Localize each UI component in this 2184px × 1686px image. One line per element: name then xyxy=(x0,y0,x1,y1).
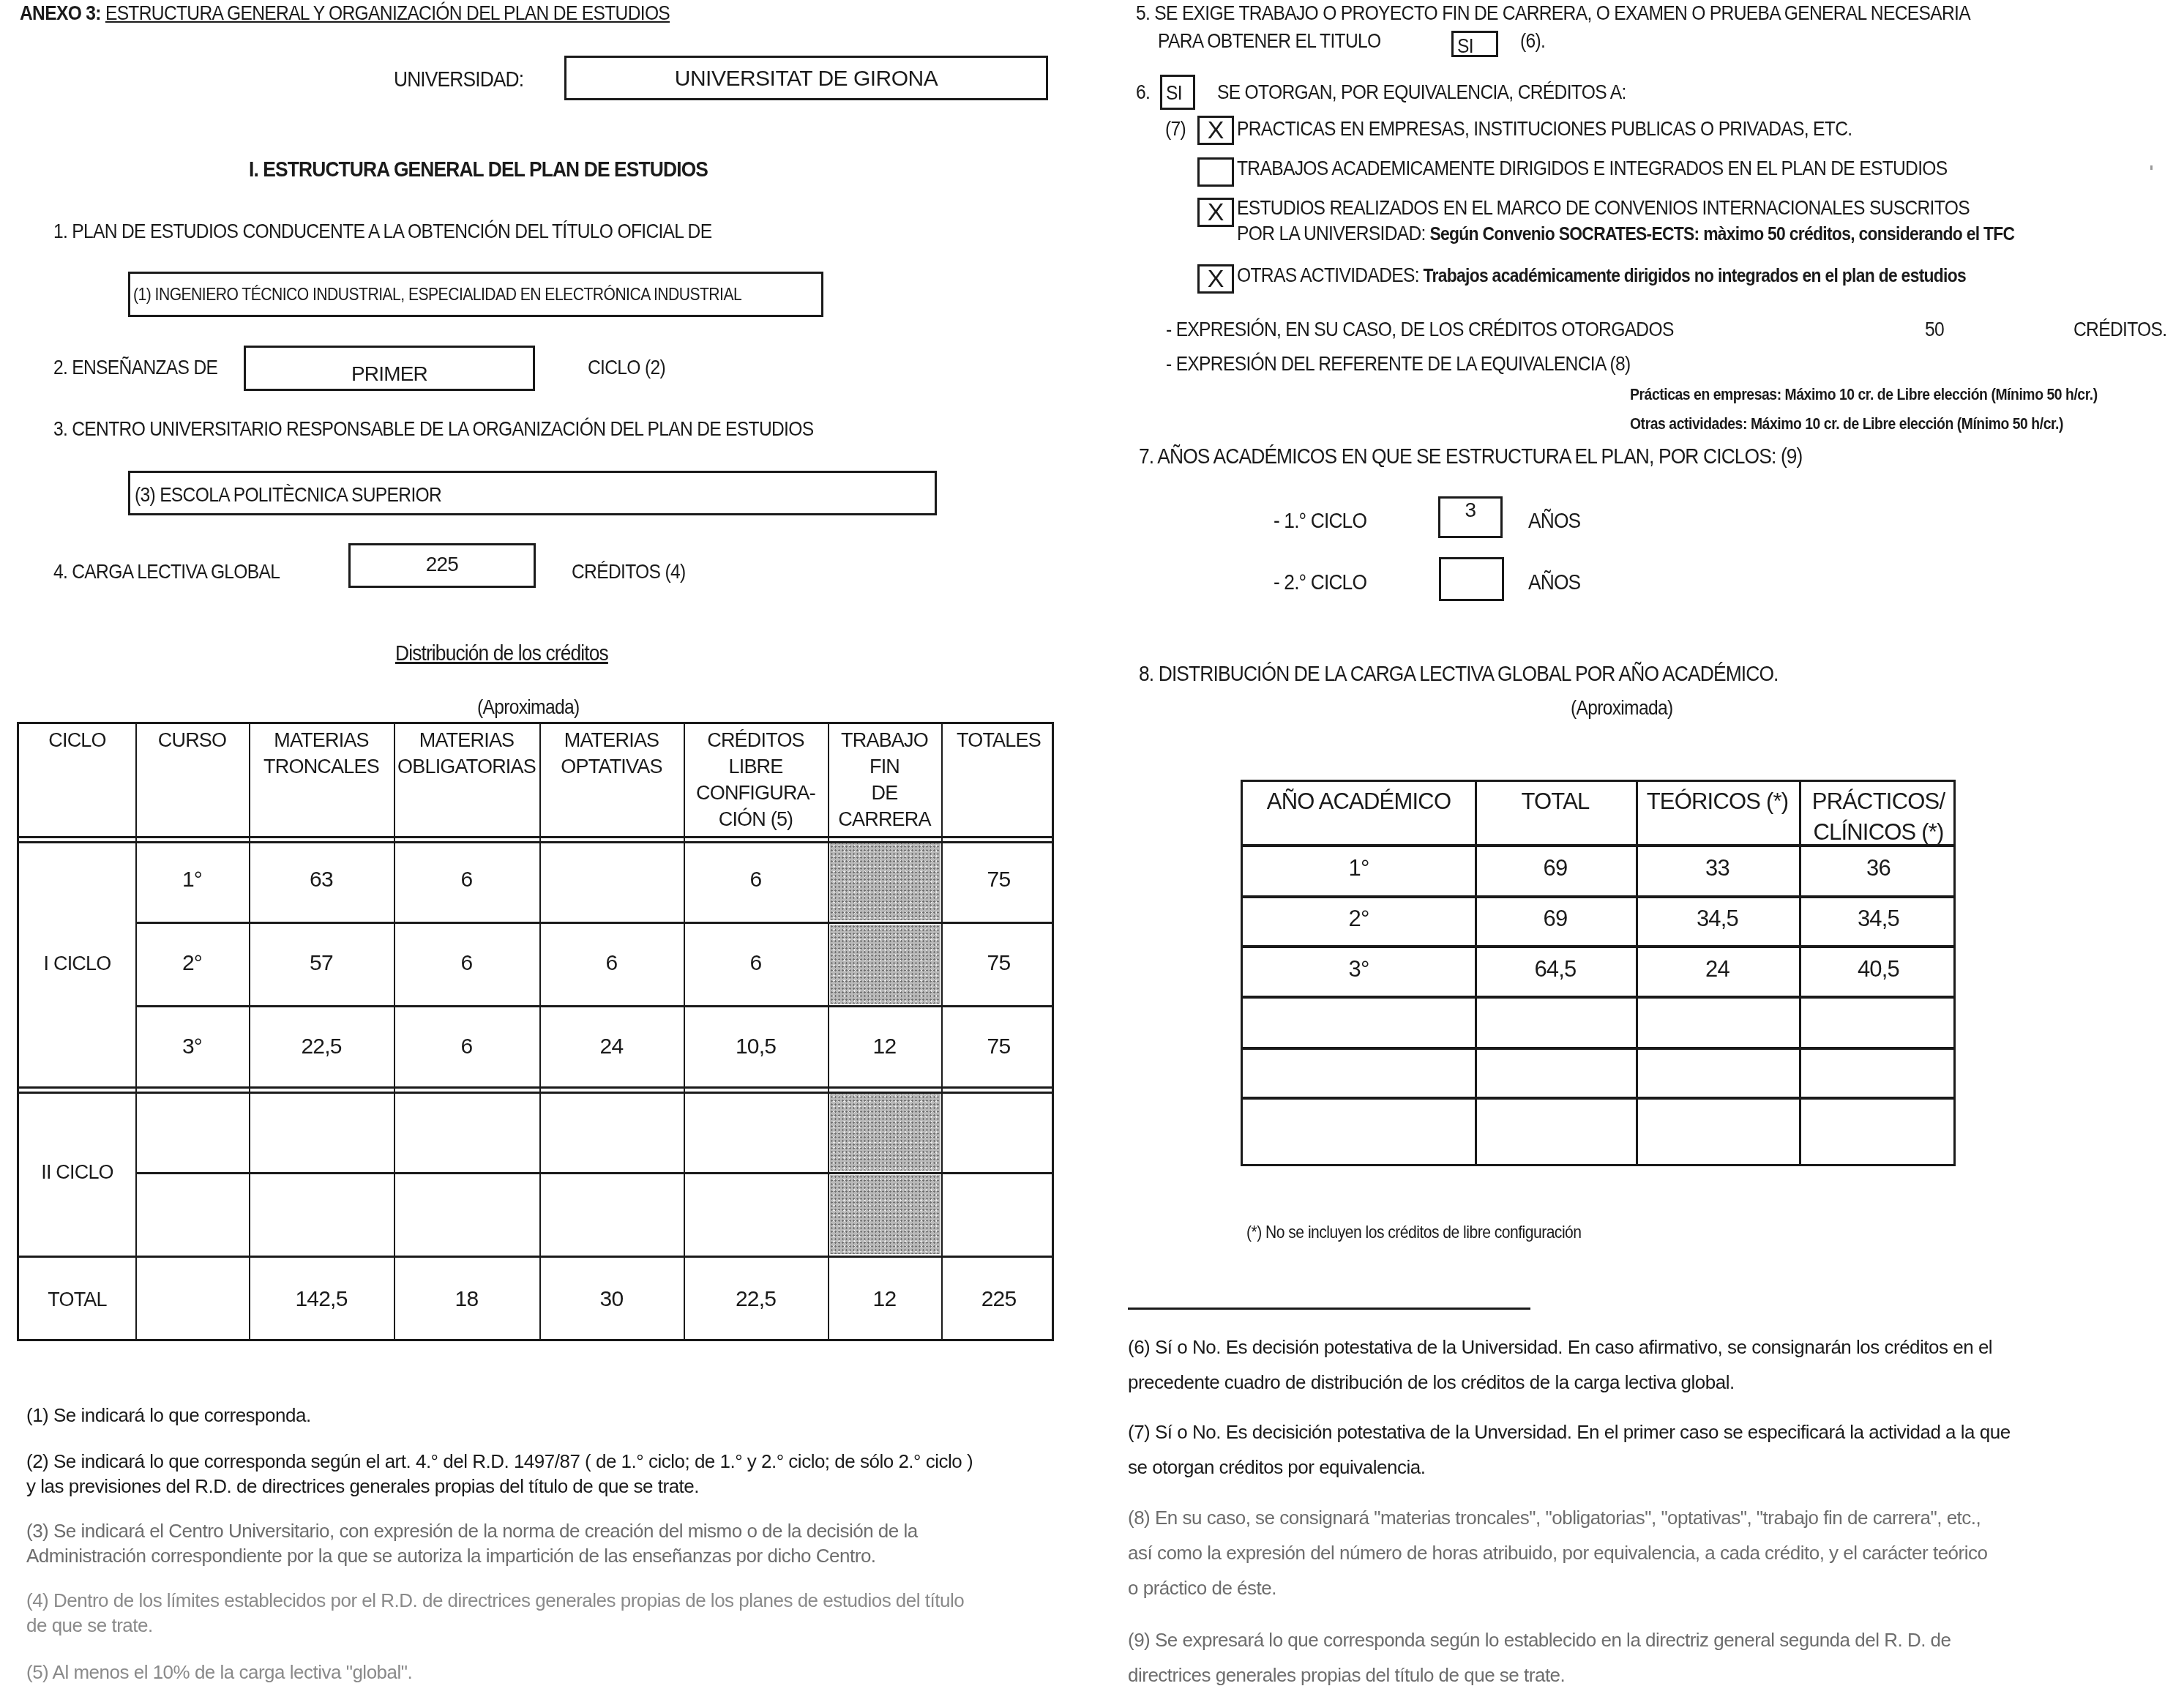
footnote-left-3: Administración correspondiente por la qu… xyxy=(26,1543,876,1569)
column-header: TRABAJO FINDE CARRERA xyxy=(828,727,941,832)
column-header: MATERIASOPTATIVAS xyxy=(539,727,684,780)
column-header-line: CICLO xyxy=(19,727,135,753)
center-value: (3) ESCOLA POLITÈCNICA SUPERIOR xyxy=(135,483,441,507)
table-cell: 2° xyxy=(1243,906,1475,932)
annual-table-note: (*) No se incluyen los créditos de libre… xyxy=(1246,1223,1581,1243)
column-header-line: TEÓRICOS (*) xyxy=(1636,786,1799,817)
column-header-line: DE CARRERA xyxy=(828,780,941,832)
section6-note-ref: (7) xyxy=(1165,117,1186,141)
footnote-left-4: de que se trate. xyxy=(26,1612,153,1638)
section6-number: 6. xyxy=(1136,81,1150,104)
section8-title: 8. DISTRIBUCIÓN DE LA CARGA LECTIVA GLOB… xyxy=(1139,662,1779,687)
table-cell-optativas: 24 xyxy=(539,1034,684,1060)
table-cell: 69 xyxy=(1475,855,1636,881)
option-estudios-line2a: POR LA UNIVERSIDAD: xyxy=(1237,222,1426,245)
university-value: UNIVERSITAT DE GIRONA xyxy=(566,67,1046,92)
table-cell-obligatorias: 6 xyxy=(394,950,539,977)
cycle-label-i: I CICLO xyxy=(19,950,135,977)
table-cell-troncales: 57 xyxy=(249,950,394,977)
column-header-line: MATERIAS xyxy=(394,727,539,753)
cycle1-unit: AÑOS xyxy=(1528,509,1580,534)
shaded-cell xyxy=(830,925,940,1004)
table-cell: 40,5 xyxy=(1799,956,1958,982)
credits-unit: CRÉDITOS. xyxy=(2073,318,2166,341)
table-row-divider xyxy=(135,1005,1052,1007)
table-cell-totales: 75 xyxy=(941,950,1056,977)
check-mark-icon: X xyxy=(1208,198,1224,226)
distribution-subtitle: (Aproximada) xyxy=(477,695,579,719)
footnote-left-4: (4) Dentro de los límites establecidos p… xyxy=(26,1587,964,1614)
table-cell: 64,5 xyxy=(1475,956,1636,982)
section5-line1: 5. SE EXIGE TRABAJO O PROYECTO FIN DE CA… xyxy=(1136,1,1970,25)
column-header: AÑO ACADÉMICO xyxy=(1243,786,1475,817)
degree-title-value: (1) INGENIERO TÉCNICO INDUSTRIAL, ESPECI… xyxy=(133,285,741,305)
table-cell-troncales: 63 xyxy=(249,867,394,893)
university-label: UNIVERSIDAD: xyxy=(394,67,523,92)
item4-label: 4. CARGA LECTIVA GLOBAL xyxy=(53,560,280,583)
footnote-left-1: (1) Se indicará lo que corresponda. xyxy=(26,1402,311,1428)
item4-suffix: CRÉDITOS (4) xyxy=(572,560,685,583)
stray-mark xyxy=(2150,165,2153,170)
table-cell-trabajo: 12 xyxy=(828,1034,941,1060)
total-cell-libre: 22,5 xyxy=(684,1286,828,1313)
column-header-line: TOTALES xyxy=(941,727,1056,753)
table-cell: 1° xyxy=(1243,855,1475,881)
total-cell-obligatorias: 18 xyxy=(394,1286,539,1313)
table-cell-optativas: 6 xyxy=(539,950,684,977)
table-cell: 3° xyxy=(1243,956,1475,982)
table-cell-totales: 75 xyxy=(941,867,1056,893)
column-header: TOTALES xyxy=(941,727,1056,753)
column-header: MATERIASOBLIGATORIAS xyxy=(394,727,539,780)
total-cell-totales: 225 xyxy=(941,1286,1056,1313)
option-otras: OTRAS ACTIVIDADES: Trabajos académicamen… xyxy=(1237,264,1966,287)
table-cell-libre: 6 xyxy=(684,950,828,977)
cycle-value: PRIMER xyxy=(246,362,533,386)
option-otras-label: OTRAS ACTIVIDADES: xyxy=(1237,264,1419,286)
university-field: UNIVERSITAT DE GIRONA xyxy=(564,56,1048,100)
column-header: TEÓRICOS (*) xyxy=(1636,786,1799,817)
column-header-line: CRÉDITOS xyxy=(684,727,828,753)
cycle-field: PRIMER xyxy=(244,346,535,391)
thesis-required-field: SI xyxy=(1451,31,1498,57)
cycle2-years-field xyxy=(1439,557,1504,601)
table-cell-curso: 1° xyxy=(135,867,249,893)
total-cell-troncales: 142,5 xyxy=(249,1286,394,1313)
footnote-separator xyxy=(1128,1308,1530,1310)
column-header-line: CLÍNICOS (*) xyxy=(1799,817,1958,848)
item2-suffix: CICLO (2) xyxy=(588,356,665,379)
referent-line-1: Prácticas en empresas: Máximo 10 cr. de … xyxy=(1630,385,2098,404)
cycle-label-ii: II CICLO xyxy=(19,1159,135,1185)
table-row-divider xyxy=(1243,895,1953,898)
annual-load-table: AÑO ACADÉMICOTOTALTEÓRICOS (*)PRÁCTICOS/… xyxy=(1241,780,1956,1166)
cycle1-label: - 1.° CICLO xyxy=(1274,509,1366,534)
column-header-line: MATERIAS xyxy=(539,727,684,753)
column-header-line: TRABAJO FIN xyxy=(828,727,941,780)
cycle1-years-field: 3 xyxy=(1438,496,1503,538)
option-practicas: PRACTICAS EN EMPRESAS, INSTITUCIONES PUB… xyxy=(1237,117,1852,141)
column-header-line: OBLIGATORIAS xyxy=(394,753,539,780)
table-cell-troncales: 22,5 xyxy=(249,1034,394,1060)
table-row-divider xyxy=(135,1172,1052,1174)
total-label: TOTAL xyxy=(19,1286,135,1313)
table-cell: 33 xyxy=(1636,855,1799,881)
table-cell: 34,5 xyxy=(1636,906,1799,932)
cycle2-label: - 2.° CICLO xyxy=(1274,570,1366,595)
option-estudios: ESTUDIOS REALIZADOS EN EL MARCO DE CONVE… xyxy=(1237,196,1970,220)
column-header: CRÉDITOSLIBRECONFIGURA-CIÓN (5) xyxy=(684,727,828,832)
column-header-line: TOTAL xyxy=(1475,786,1636,817)
referent-label: - EXPRESIÓN DEL REFERENTE DE LA EQUIVALE… xyxy=(1166,352,1630,376)
checkbox-trabajos[interactable] xyxy=(1197,157,1234,187)
column-header-line: PRÁCTICOS/ xyxy=(1799,786,1958,817)
check-mark-icon: X xyxy=(1208,116,1224,144)
table-cell-libre: 10,5 xyxy=(684,1034,828,1060)
referent-line-2: Otras actividades: Máximo 10 cr. de Libr… xyxy=(1630,414,2063,433)
table-col-divider xyxy=(249,724,250,1339)
table-cell-curso: 2° xyxy=(135,950,249,977)
checkbox-otras[interactable]: X xyxy=(1197,264,1234,294)
table-cell-obligatorias: 6 xyxy=(394,1034,539,1060)
equivalence-value: SI xyxy=(1166,81,1182,105)
distribution-title: Distribución de los créditos xyxy=(395,641,608,666)
credits-distribution-table: CICLOCURSOMATERIASTRONCALESMATERIASOBLIG… xyxy=(17,722,1054,1341)
table-row-divider xyxy=(1243,996,1953,999)
table-cell: 34,5 xyxy=(1799,906,1958,932)
item3-label: 3. CENTRO UNIVERSITARIO RESPONSABLE DE L… xyxy=(53,417,813,441)
option-otras-detail: Trabajos académicamente dirigidos no int… xyxy=(1419,264,1966,286)
column-header-line: CURSO xyxy=(135,727,249,753)
table-row-divider xyxy=(1243,1047,1953,1050)
shaded-cell xyxy=(830,841,940,920)
column-header-line: AÑO ACADÉMICO xyxy=(1243,786,1475,817)
section5-line2: PARA OBTENER EL TITULO xyxy=(1158,29,1380,53)
section-i-title: I. ESTRUCTURA GENERAL DEL PLAN DE ESTUDI… xyxy=(249,157,708,182)
table-cell: 69 xyxy=(1475,906,1636,932)
column-header-line: TRONCALES xyxy=(249,753,394,780)
table-double-rule xyxy=(19,1086,1052,1094)
column-header: PRÁCTICOS/CLÍNICOS (*) xyxy=(1799,786,1958,848)
column-header-line: LIBRE xyxy=(684,753,828,780)
checkbox-practicas[interactable]: X xyxy=(1197,116,1234,145)
table-row-divider xyxy=(1243,945,1953,948)
thesis-required-value: SI xyxy=(1457,34,1473,58)
shaded-cell xyxy=(830,1092,940,1171)
annex-title: ESTRUCTURA GENERAL Y ORGANIZACIÓN DEL PL… xyxy=(105,1,670,24)
table-cell: 36 xyxy=(1799,855,1958,881)
option-trabajos: TRABAJOS ACADEMICAMENTE DIRIGIDOS E INTE… xyxy=(1237,157,1948,180)
footnote-right-9: (9) Se expresará lo que corresponda segú… xyxy=(1128,1627,1951,1653)
table-row-divider xyxy=(19,1256,1052,1258)
section5-note: (6). xyxy=(1520,29,1545,53)
footnote-left-3: (3) Se indicará el Centro Universitario,… xyxy=(26,1518,918,1544)
annex-label: ANEXO 3: xyxy=(20,1,101,24)
global-load-value: 225 xyxy=(351,553,534,576)
column-header-line: OPTATIVAS xyxy=(539,753,684,780)
table-cell-libre: 6 xyxy=(684,867,828,893)
option-estudios-line2b: Según Convenio SOCRATES-ECTS: màximo 50 … xyxy=(1426,223,2015,245)
global-load-field: 225 xyxy=(348,543,536,588)
table-col-divider xyxy=(539,724,541,1339)
check-mark-icon: X xyxy=(1208,265,1224,293)
footnote-left-2: y las previsiones del R.D. de directrice… xyxy=(26,1473,699,1499)
footnote-right-7: (7) Sí o No. Es decisición potestativa d… xyxy=(1128,1419,2011,1445)
option-estudios-line2: POR LA UNIVERSIDAD: Según Convenio SOCRA… xyxy=(1237,222,2014,245)
footnote-right-8: o práctico de éste. xyxy=(1128,1575,1276,1601)
credits-label: - EXPRESIÓN, EN SU CASO, DE LOS CRÉDITOS… xyxy=(1166,318,1674,341)
table-row-divider xyxy=(135,922,1052,924)
section7-title: 7. AÑOS ACADÉMICOS EN QUE SE ESTRUCTURA … xyxy=(1139,444,1803,469)
cycle1-years-value: 3 xyxy=(1440,499,1500,522)
column-header-line: CIÓN (5) xyxy=(684,806,828,832)
center-field: (3) ESCOLA POLITÈCNICA SUPERIOR xyxy=(128,471,937,515)
column-header: CURSO xyxy=(135,727,249,753)
shaded-cell xyxy=(830,1175,940,1254)
footnote-left-2: (2) Se indicará lo que corresponda según… xyxy=(26,1448,973,1474)
footnote-right-6: (6) Sí o No. Es decisión potestativa de … xyxy=(1128,1334,1992,1360)
column-header: CICLO xyxy=(19,727,135,753)
section6-label: SE OTORGAN, POR EQUIVALENCIA, CRÉDITOS A… xyxy=(1217,81,1626,104)
degree-title-field: (1) INGENIERO TÉCNICO INDUSTRIAL, ESPECI… xyxy=(128,272,823,317)
column-header: TOTAL xyxy=(1475,786,1636,817)
item1-label: 1. PLAN DE ESTUDIOS CONDUCENTE A LA OBTE… xyxy=(53,220,711,243)
cycle2-unit: AÑOS xyxy=(1528,570,1580,595)
footnote-right-9: directrices generales propias del título… xyxy=(1128,1662,1565,1686)
table-double-rule xyxy=(19,836,1052,843)
table-cell-totales: 75 xyxy=(941,1034,1056,1060)
table-col-divider xyxy=(394,724,395,1339)
table-cell-curso: 3° xyxy=(135,1034,249,1060)
equivalence-field: SI xyxy=(1160,75,1195,110)
annex-heading: ANEXO 3: ESTRUCTURA GENERAL Y ORGANIZACI… xyxy=(20,1,670,25)
footnote-right-8: (8) En su caso, se consignará "materias … xyxy=(1128,1504,1981,1531)
footnote-right-8: así como la expresión del número de hora… xyxy=(1128,1540,1987,1566)
table-cell: 24 xyxy=(1636,956,1799,982)
total-cell-trabajo: 12 xyxy=(828,1286,941,1313)
checkbox-estudios[interactable]: X xyxy=(1197,198,1234,227)
footnote-right-7: se otorgan créditos por equivalencia. xyxy=(1128,1454,1425,1480)
table-col-divider xyxy=(941,724,943,1339)
column-header-line: MATERIAS xyxy=(249,727,394,753)
table-col-divider xyxy=(135,724,137,1339)
item2-label: 2. ENSEÑANZAS DE xyxy=(53,356,217,379)
footnote-right-6: precedente cuadro de distribución de los… xyxy=(1128,1369,1735,1395)
column-header: MATERIASTRONCALES xyxy=(249,727,394,780)
table-cell-obligatorias: 6 xyxy=(394,867,539,893)
credits-value: 50 xyxy=(1925,318,1944,341)
section8-subtitle: (Aproximada) xyxy=(1571,696,1672,720)
footnote-left-5: (5) Al menos el 10% de la carga lectiva … xyxy=(26,1659,412,1685)
total-cell-optativas: 30 xyxy=(539,1286,684,1313)
column-header-line: CONFIGURA- xyxy=(684,780,828,806)
table-row-divider xyxy=(1243,1097,1953,1100)
